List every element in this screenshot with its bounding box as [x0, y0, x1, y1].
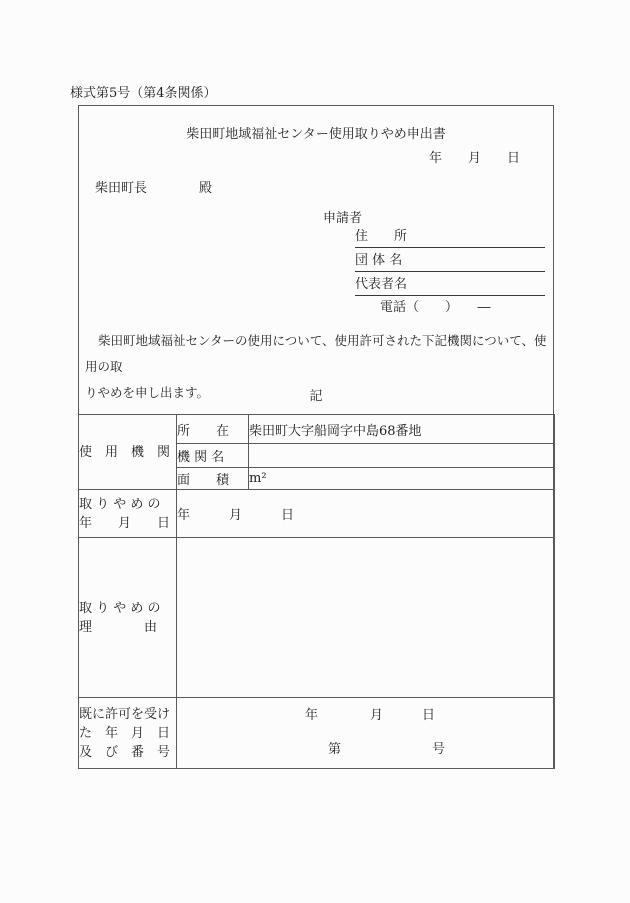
usage-table: 使 用 機 関 所 在 柴田町大字船岡字中島68番地 機 関 名 面 積 m² …: [78, 414, 555, 769]
area-label: 面 積: [177, 468, 249, 490]
area-value: m²: [249, 468, 555, 490]
body-text-line: 柴田町地域福祉センターの使用について、使用許可された下記機関について、使用の取: [85, 328, 549, 380]
table-row-location: 使 用 機 関 所 在 柴田町大字船岡字中島68番地: [79, 415, 555, 444]
addressee-name: 柴田町長: [95, 181, 147, 196]
header-line: 取 り や め の: [79, 599, 176, 618]
table-row-prior-permission: 既に許可を受け た 年 月 日 及 び 番 号 年 月 日 第 号: [79, 698, 555, 769]
cancellation-date-header: 取 り や め の 年 月 日: [79, 490, 177, 538]
header-line: 理 由: [79, 618, 176, 637]
address-field-row: 住 所: [355, 224, 545, 248]
header-line: 及 び 番 号: [79, 743, 176, 762]
prior-permission-date-line: 年 月 日: [177, 706, 554, 726]
prior-permission-number-line: 第 号: [177, 740, 554, 760]
representative-field-label: 代表者名: [355, 277, 407, 292]
institution-name-value: [249, 444, 555, 468]
usage-institution-header: 使 用 機 関: [79, 415, 177, 490]
location-value: 柴田町大字船岡字中島68番地: [249, 415, 555, 444]
form-number-label: 様式第5号（第4条関係）: [70, 82, 217, 101]
cancellation-reason-header: 取 り や め の 理 由: [79, 538, 177, 698]
organization-field-row: 団 体 名: [355, 248, 545, 272]
table-row-cancellation-reason: 取 り や め の 理 由: [79, 538, 555, 698]
header-line: た 年 月 日: [79, 724, 176, 743]
address-field-label: 住 所: [355, 229, 407, 244]
applicant-fields: 住 所 団 体 名 代表者名: [355, 224, 545, 296]
header-line: 既に許可を受け: [79, 705, 176, 724]
organization-field-label: 団 体 名: [355, 253, 402, 268]
header-line: 年 月 日: [79, 514, 176, 533]
table-row-cancellation-date: 取 り や め の 年 月 日 年 月 日: [79, 490, 555, 538]
honorific-label: 殿: [199, 181, 212, 196]
addressee-line: 柴田町長殿: [95, 177, 212, 196]
phone-line: 電話（ ） ―: [380, 296, 491, 315]
institution-name-label: 機 関 名: [177, 444, 249, 468]
document-title: 柴田町地域福祉センター使用取りやめ申出書: [78, 123, 554, 142]
header-line: 取 り や め の: [79, 495, 176, 514]
document-page: 様式第5号（第4条関係） 柴田町地域福祉センター使用取りやめ申出書 年 月 日 …: [0, 0, 630, 903]
record-label: 記: [78, 385, 554, 404]
date-line: 年 月 日: [78, 147, 554, 166]
location-label: 所 在: [177, 415, 249, 444]
prior-permission-header: 既に許可を受け た 年 月 日 及 び 番 号: [79, 698, 177, 769]
cancellation-date-value: 年 月 日: [177, 490, 555, 538]
cancellation-reason-value: [177, 538, 555, 698]
prior-permission-value: 年 月 日 第 号: [177, 698, 555, 769]
representative-field-row: 代表者名: [355, 272, 545, 296]
